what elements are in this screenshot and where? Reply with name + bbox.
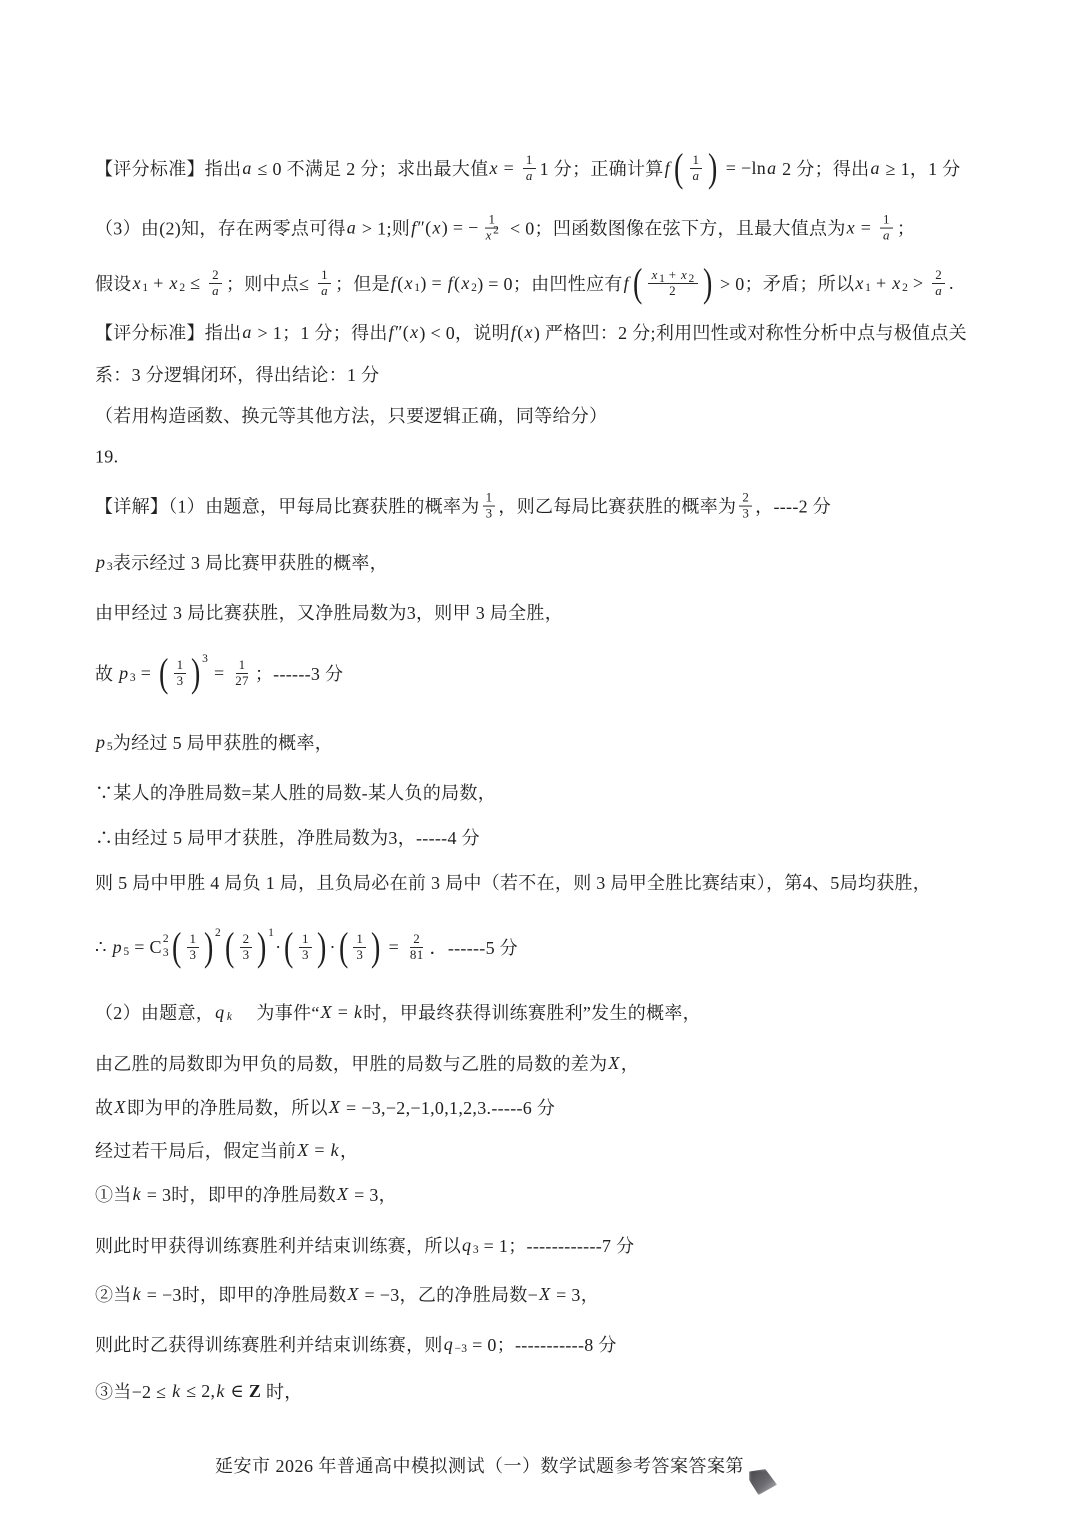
plain-text: 1 bbox=[414, 282, 420, 294]
math-variable: x bbox=[404, 273, 414, 293]
plain-text: （若用构造函数、换元等其他方法，只要逻辑正确，同等给分） bbox=[95, 402, 607, 428]
plain-text: · bbox=[329, 937, 335, 958]
script-base: q bbox=[214, 1002, 225, 1023]
plain-text: 【评分标准】指出 bbox=[95, 319, 241, 345]
plain-text: ) 严格凹：2 分;利用凹性或对称性分析中点与极值点关 bbox=[534, 319, 967, 345]
paren-content: 23 bbox=[237, 932, 256, 963]
fraction-denominator: a bbox=[931, 284, 946, 299]
fraction-denominator: 3 bbox=[483, 507, 496, 522]
plain-text: 27 bbox=[235, 674, 249, 689]
fraction-denominator: a bbox=[522, 169, 537, 184]
plain-text: 3 bbox=[473, 1244, 479, 1256]
plain-text: ②当 bbox=[95, 1281, 132, 1307]
subscript: 2 bbox=[689, 273, 695, 286]
script-base: x bbox=[404, 273, 414, 294]
fraction-denominator: 3 bbox=[187, 948, 200, 963]
plain-text: = bbox=[209, 663, 229, 684]
math-variable: a bbox=[525, 169, 534, 184]
plain-text: 1 bbox=[268, 927, 274, 939]
math-variable: X bbox=[113, 1097, 126, 1118]
subscript: 1 bbox=[865, 282, 871, 294]
math-variable: x bbox=[846, 218, 856, 239]
math-fraction: 1a bbox=[522, 153, 537, 184]
math-variable: x bbox=[854, 273, 864, 293]
right-paren: ) bbox=[257, 930, 267, 964]
plain-text: 2 bbox=[935, 268, 942, 283]
math-variable: f bbox=[447, 273, 454, 294]
math-variable: q bbox=[461, 1235, 472, 1255]
plain-text: 为事件“ bbox=[233, 999, 319, 1025]
fraction-numerator: 1 bbox=[483, 491, 496, 507]
plain-text: 由乙胜的局数即为甲负的局数，甲胜的局数与乙胜的局数的差为 bbox=[95, 1050, 607, 1076]
text-line-3: 假设x1 + x2 ≤ 2a；则中点≤ 1a；但是f(x1) = f(x2) =… bbox=[95, 266, 954, 300]
plain-text: = −3，乙的净胜局数− bbox=[360, 1281, 538, 1307]
script-base: q bbox=[443, 1334, 454, 1355]
math-variable: a bbox=[241, 322, 252, 343]
math-scripted: q3 bbox=[461, 1235, 479, 1256]
text-line-15: 则 5 局中甲胜 4 局负 1 局，且负局必在前 3 局中（若不在，则 3 局甲… bbox=[95, 869, 931, 895]
plain-text: ≤ 2, bbox=[181, 1381, 215, 1402]
math-variable: a bbox=[882, 229, 891, 244]
plain-text: > 1;则 bbox=[357, 215, 410, 241]
text-line-6: （若用构造函数、换元等其他方法，只要逻辑正确，同等给分） bbox=[95, 402, 607, 428]
plain-text: 3 bbox=[163, 947, 169, 959]
math-fraction: 1x2 bbox=[482, 213, 503, 244]
math-variable: a bbox=[869, 158, 880, 179]
plain-text: 为经过 5 局甲获胜的概率， bbox=[113, 729, 333, 755]
right-paren: ) bbox=[703, 266, 713, 300]
plain-text: 2 bbox=[689, 273, 695, 285]
text-line-1: 【评分标准】指出a ≤ 0 不满足 2 分；求出最大值x = 1a1 分；正确计… bbox=[95, 151, 961, 185]
math-variable: k bbox=[353, 1002, 363, 1023]
plain-text: 1 bbox=[865, 282, 871, 294]
paren-content: 13 bbox=[296, 932, 315, 963]
fraction-denominator: a bbox=[879, 229, 894, 244]
script-base: x bbox=[891, 273, 901, 294]
superscript: 2 bbox=[493, 224, 499, 237]
plain-text: ；------3 分 bbox=[255, 660, 343, 686]
text-line-9: p3表示经过 3 局比赛甲获胜的概率， bbox=[95, 549, 388, 575]
plain-text: + bbox=[665, 268, 680, 283]
math-variable: a bbox=[692, 169, 701, 184]
plain-text: 1 bbox=[693, 153, 700, 168]
math-paren-group: (13) bbox=[282, 930, 328, 964]
plain-text: 2 bbox=[413, 932, 420, 947]
plain-text: > 1；1 分；得出 bbox=[253, 319, 388, 345]
math-fraction: 127 bbox=[232, 658, 252, 689]
fraction-numerator: 2 bbox=[209, 268, 222, 284]
math-variable: x bbox=[409, 322, 419, 343]
math-variable: f bbox=[623, 273, 630, 294]
plain-text: 则此时乙获得训练赛胜利并结束训练赛，则 bbox=[95, 1331, 443, 1357]
left-paren: ( bbox=[225, 930, 235, 964]
script-base: p bbox=[95, 732, 106, 753]
plain-text: 表示经过 3 局比赛甲获胜的概率， bbox=[113, 549, 388, 575]
bold-symbol: Z bbox=[249, 1381, 261, 1402]
subscript: 2 bbox=[471, 282, 477, 294]
right-paren: ) bbox=[371, 930, 381, 964]
left-paren: ( bbox=[339, 930, 349, 964]
fraction-denominator: a bbox=[689, 169, 704, 184]
math-scripted: x1 bbox=[404, 273, 421, 294]
fraction-numerator: 1 bbox=[318, 268, 331, 284]
fraction-numerator: 1 bbox=[523, 153, 536, 169]
subscript: 5 bbox=[107, 741, 113, 753]
paren-content: 13 bbox=[184, 932, 203, 963]
plain-text: 1 bbox=[177, 658, 184, 673]
plain-text: ； bbox=[897, 215, 915, 241]
plain-text: ①当 bbox=[95, 1181, 132, 1207]
plain-text: 3 bbox=[243, 948, 250, 963]
math-variable: q bbox=[443, 1334, 454, 1354]
fraction-numerator: 1 bbox=[187, 932, 200, 948]
plain-text: 假设 bbox=[95, 270, 132, 296]
plain-text: ， bbox=[340, 1137, 358, 1163]
script-base: q bbox=[461, 1235, 472, 1256]
paren-content: 1a bbox=[686, 153, 707, 184]
plain-text: 【评分标准】指出 bbox=[95, 155, 241, 181]
plain-text: 1 bbox=[142, 282, 148, 294]
subscript: 3 bbox=[163, 947, 169, 961]
script-base: x bbox=[460, 273, 470, 294]
page-footer: 延安市 2026 年普通高中模拟测试（一）数学试题参考答案答案第 bbox=[215, 1452, 744, 1478]
fraction-denominator: 2 bbox=[666, 284, 679, 299]
subscript: 3 bbox=[130, 672, 136, 684]
math-fraction: 13 bbox=[299, 932, 312, 963]
plain-text: > 0；矛盾；所以 bbox=[715, 270, 854, 296]
math-variable: x bbox=[489, 158, 499, 179]
plain-text: −3 bbox=[455, 1343, 468, 1355]
fraction-denominator: 27 bbox=[232, 674, 252, 689]
plain-text: ″( bbox=[395, 322, 409, 343]
subscript: −3 bbox=[455, 1343, 468, 1355]
math-variable: x bbox=[169, 273, 179, 293]
plain-text: ，则乙每局比赛获胜的概率为 bbox=[498, 493, 736, 519]
plain-text: 2 bbox=[669, 284, 676, 299]
plain-text: ≥ 1，1 分 bbox=[881, 155, 961, 181]
math-variable: x bbox=[485, 228, 493, 243]
plain-text: 2 bbox=[902, 282, 908, 294]
plain-text: 经过若干局后，假定当前 bbox=[95, 1137, 296, 1163]
text-line-21: ①当k = 3时，即甲的净胜局数X = 3， bbox=[95, 1181, 397, 1207]
math-variable: x bbox=[524, 322, 534, 343]
paren-content: 13 bbox=[171, 658, 190, 689]
subscript: 1 bbox=[659, 273, 665, 286]
plain-text: ③当−2 ≤ bbox=[95, 1378, 171, 1404]
math-variable: a bbox=[211, 284, 220, 299]
math-scripted: p3 bbox=[95, 552, 113, 573]
math-variable: k bbox=[132, 1284, 142, 1305]
script-base: x bbox=[854, 273, 864, 294]
plain-text: 5 bbox=[123, 946, 129, 958]
math-paren-group: (x1 + x22) bbox=[631, 266, 714, 300]
fraction-denominator: 81 bbox=[407, 948, 427, 963]
fraction-numerator: 1 bbox=[174, 658, 187, 674]
math-variable: X bbox=[538, 1284, 551, 1305]
plain-text: = 0；-----------8 分 bbox=[467, 1331, 616, 1357]
plain-text: = bbox=[136, 663, 156, 684]
plain-text: 时， bbox=[261, 1378, 302, 1404]
plain-text: ≤ 0 不满足 2 分；求出最大值 bbox=[253, 155, 489, 181]
plain-text: 1 bbox=[883, 213, 890, 228]
math-paren-group: (13) bbox=[337, 930, 383, 964]
math-scripted: qk bbox=[214, 1002, 233, 1023]
math-variable: a bbox=[934, 284, 943, 299]
plain-text: = bbox=[856, 218, 876, 239]
fraction-denominator: a bbox=[317, 284, 332, 299]
subscript: 3 bbox=[107, 561, 113, 573]
math-scripted: C23 bbox=[150, 933, 169, 961]
plain-text: 由甲经过 3 局比赛获胜，又净胜局数为3，则甲 3 局全胜， bbox=[95, 599, 563, 625]
text-line-11: 故 p3 = (13)3 = 127；------3 分 bbox=[95, 656, 343, 690]
plain-text: 1 分；正确计算 bbox=[540, 155, 664, 181]
math-fraction: 281 bbox=[407, 932, 427, 963]
script-base: p bbox=[112, 937, 123, 958]
plain-text: = −3时，即甲的净胜局数 bbox=[142, 1281, 347, 1307]
math-paren-group: (1a) bbox=[672, 151, 720, 185]
fraction-denominator: 3 bbox=[174, 674, 187, 689]
plain-text: 2 bbox=[471, 282, 477, 294]
plain-text: ) = bbox=[420, 273, 446, 294]
plain-text: 2 bbox=[243, 932, 250, 947]
plain-text: . bbox=[949, 273, 954, 294]
math-scripted: q−3 bbox=[443, 1334, 468, 1355]
plain-text: = 3时，即甲的净胜局数 bbox=[142, 1181, 336, 1207]
plain-text: ， bbox=[621, 1050, 639, 1076]
script-base: x bbox=[485, 229, 493, 244]
fraction-numerator: 1 bbox=[690, 153, 703, 169]
fraction-numerator: 2 bbox=[932, 268, 945, 284]
script-base: x bbox=[169, 273, 179, 294]
fraction-denominator: 3 bbox=[353, 948, 366, 963]
text-line-13: ∵某人的净胜局数=某人胜的局数-某人负的局数， bbox=[95, 779, 496, 805]
plain-text: + bbox=[871, 273, 891, 294]
plain-text: 3 bbox=[486, 507, 493, 522]
plain-text: 1 bbox=[526, 153, 533, 168]
plain-text: 3 bbox=[302, 948, 309, 963]
plain-text: ；则中点≤ bbox=[226, 270, 314, 296]
subscript: 3 bbox=[473, 1244, 479, 1256]
plain-text: = bbox=[310, 1140, 330, 1161]
math-variable: f bbox=[390, 273, 397, 294]
math-variable: x bbox=[132, 273, 142, 293]
superscript: 2 bbox=[163, 933, 169, 947]
plain-text: ) < 0，说明 bbox=[419, 319, 510, 345]
plain-text: = 1；------------7 分 bbox=[479, 1232, 635, 1258]
fraction-denominator: x2 bbox=[482, 229, 503, 244]
plain-text: ；但是 bbox=[335, 270, 390, 296]
plain-text: 3 bbox=[742, 507, 749, 522]
math-variable: q bbox=[214, 1002, 225, 1022]
math-variable: X bbox=[346, 1284, 359, 1305]
math-fraction: 2a bbox=[208, 268, 223, 299]
plain-text: = 3， bbox=[551, 1281, 599, 1307]
script-base: x bbox=[132, 273, 142, 294]
math-fraction: 13 bbox=[187, 932, 200, 963]
text-line-20: 经过若干局后，假定当前X = k， bbox=[95, 1137, 358, 1163]
subscript: k bbox=[226, 1011, 233, 1023]
math-variable: a bbox=[346, 218, 357, 239]
math-variable: x bbox=[431, 218, 441, 239]
script-base: x bbox=[651, 268, 659, 283]
fraction-numerator: 1 bbox=[236, 658, 249, 674]
math-scripted: p5 bbox=[112, 937, 130, 958]
plain-text: 3 bbox=[356, 948, 363, 963]
fraction-numerator: x1 + x2 bbox=[648, 268, 698, 284]
plain-text: · bbox=[275, 937, 281, 958]
plain-text: 1 bbox=[190, 932, 197, 947]
math-paren-group: (13)3 bbox=[157, 656, 208, 690]
plain-text: = bbox=[129, 937, 149, 958]
plain-text: 3 bbox=[202, 653, 208, 665]
page-corner-smudge bbox=[749, 1469, 777, 1495]
plain-text: 1 bbox=[239, 658, 246, 673]
plain-text: （2）由题意， bbox=[95, 999, 214, 1025]
plain-text: ∴ bbox=[95, 937, 112, 958]
math-variable: X bbox=[328, 1097, 341, 1118]
text-line-16: ∴ p5 = C23(13)2(23)1·(13)·(13) = 281．---… bbox=[95, 930, 518, 964]
text-line-8: 【详解】（1）由题意，甲每局比赛获胜的概率为13，则乙每局比赛获胜的概率为23，… bbox=[95, 491, 831, 522]
text-line-18: 由乙胜的局数即为甲负的局数，甲胜的局数与乙胜的局数的差为X， bbox=[95, 1050, 639, 1076]
plain-text: 2 bbox=[179, 282, 185, 294]
text-line-17: （2）由题意，qk 为事件“X = k时，甲最终获得训练赛胜利”发生的概率， bbox=[95, 999, 701, 1025]
math-variable: k bbox=[171, 1381, 181, 1402]
plain-text: 则 5 局中甲胜 4 局负 1 局，且负局必在前 3 局中（若不在，则 3 局甲… bbox=[95, 869, 931, 895]
plain-text: = bbox=[333, 1002, 353, 1023]
math-variable: X bbox=[320, 1002, 333, 1023]
plain-text: = bbox=[499, 158, 519, 179]
plain-text: 2 bbox=[212, 268, 219, 283]
left-paren: ( bbox=[172, 930, 182, 964]
text-line-7: 19. bbox=[95, 447, 118, 468]
left-paren: ( bbox=[284, 930, 294, 964]
text-line-22: 则此时甲获得训练赛胜利并结束训练赛，所以q3 = 1；------------7… bbox=[95, 1232, 634, 1258]
left-paren: ( bbox=[674, 151, 684, 185]
script-base: p bbox=[95, 552, 106, 573]
math-variable: k bbox=[330, 1140, 340, 1161]
plain-text: 3 bbox=[190, 948, 197, 963]
plain-text: 1 bbox=[486, 491, 493, 506]
math-scripted: p3 bbox=[118, 663, 136, 684]
fraction-numerator: 1 bbox=[353, 932, 366, 948]
math-scripted: x1 bbox=[854, 273, 871, 294]
math-fraction: 13 bbox=[483, 491, 496, 522]
subscript: 1 bbox=[414, 282, 420, 294]
math-scripted: x1 bbox=[651, 268, 666, 283]
math-variable: f bbox=[510, 322, 517, 343]
math-variable: X bbox=[607, 1053, 620, 1074]
plain-text: > bbox=[908, 273, 928, 294]
fraction-numerator: 1 bbox=[880, 213, 893, 229]
text-line-23: ②当k = −3时，即甲的净胜局数X = −3，乙的净胜局数−X = 3， bbox=[95, 1281, 599, 1307]
plain-text: 故 bbox=[95, 1094, 113, 1120]
fraction-denominator: 3 bbox=[299, 948, 312, 963]
math-variable: p bbox=[118, 663, 129, 683]
plain-text: 则此时甲获得训练赛胜利并结束训练赛，所以 bbox=[95, 1232, 461, 1258]
subscript: 2 bbox=[902, 282, 908, 294]
plain-text: ．------5 分 bbox=[430, 934, 518, 960]
fraction-denominator: 3 bbox=[739, 507, 752, 522]
text-line-4: 【评分标准】指出a > 1；1 分；得出f″(x) < 0，说明f(x) 严格凹… bbox=[95, 319, 967, 345]
math-paren-group: (23)1 bbox=[223, 930, 274, 964]
math-fraction: x1 + x22 bbox=[648, 268, 698, 299]
plain-text: 2 bbox=[742, 491, 749, 506]
fraction-numerator: 2 bbox=[410, 932, 423, 948]
text-line-24: 则此时乙获得训练赛胜利并结束训练赛，则q−3 = 0；-----------8 … bbox=[95, 1331, 617, 1357]
plain-text: ∴由经过 5 局甲才获胜，净胜局数为3，-----4 分 bbox=[95, 824, 480, 850]
math-variable: f bbox=[388, 322, 395, 343]
text-line-12: p5为经过 5 局甲获胜的概率， bbox=[95, 729, 333, 755]
math-fraction: 2a bbox=[931, 268, 946, 299]
plain-text: ∵某人的净胜局数=某人胜的局数-某人负的局数， bbox=[95, 779, 496, 805]
text-line-19: 故X即为甲的净胜局数，所以X = −3,−2,−1,0,1,2,3.-----6… bbox=[95, 1094, 555, 1120]
plain-text: 1 bbox=[659, 273, 665, 285]
right-paren: ) bbox=[317, 930, 327, 964]
math-fraction: 13 bbox=[174, 658, 187, 689]
math-variable: a bbox=[766, 158, 777, 179]
math-fraction: 1a bbox=[317, 268, 332, 299]
math-variable: k bbox=[226, 1011, 233, 1023]
plain-text: 2 bbox=[493, 224, 499, 236]
math-fraction: 13 bbox=[353, 932, 366, 963]
math-variable: x bbox=[651, 267, 659, 282]
plain-text: 即为甲的净胜局数，所以 bbox=[127, 1094, 328, 1120]
fraction-numerator: 1 bbox=[299, 932, 312, 948]
math-exponent: 1 bbox=[268, 927, 274, 939]
plain-text: + bbox=[148, 273, 168, 294]
right-paren: ) bbox=[708, 151, 718, 185]
math-scripted: x2 bbox=[891, 273, 908, 294]
math-paren-group: (13)2 bbox=[170, 930, 221, 964]
math-scripted: x1 bbox=[132, 273, 149, 294]
plain-text: = −3,−2,−1,0,1,2,3.-----6 分 bbox=[341, 1094, 555, 1120]
left-paren: ( bbox=[633, 266, 643, 300]
plain-text: 19. bbox=[95, 447, 118, 468]
plain-text: ) = 0；由凹性应有 bbox=[477, 270, 622, 296]
plain-text: = −ln bbox=[721, 158, 766, 179]
math-variable: k bbox=[132, 1184, 142, 1205]
math-fraction: 23 bbox=[739, 491, 752, 522]
plain-text: C bbox=[150, 937, 162, 957]
fraction-numerator: 2 bbox=[240, 932, 253, 948]
math-variable: a bbox=[241, 158, 252, 179]
math-variable: p bbox=[112, 937, 123, 957]
math-scripted: x2 bbox=[485, 229, 500, 244]
plain-text: 1 bbox=[356, 932, 363, 947]
math-exponent: 2 bbox=[215, 927, 221, 939]
math-fraction: 23 bbox=[240, 932, 253, 963]
text-line-2: （3）由(2)知，存在两零点可得a > 1;则f″(x) = −1x2 < 0；… bbox=[95, 213, 915, 244]
math-variable: x bbox=[460, 273, 470, 293]
math-variable: x bbox=[891, 273, 901, 293]
plain-text: （3）由(2)知，存在两零点可得 bbox=[95, 215, 346, 241]
text-line-25: ③当−2 ≤ k ≤ 2,k ∈ Z 时， bbox=[95, 1378, 303, 1404]
fraction-denominator: a bbox=[208, 284, 223, 299]
subscript: 1 bbox=[142, 282, 148, 294]
subscript: 5 bbox=[123, 946, 129, 958]
plain-text: 【详解】（1）由题意，甲每局比赛获胜的概率为 bbox=[95, 493, 480, 519]
plain-text: 1 bbox=[302, 932, 309, 947]
math-exponent: 3 bbox=[202, 653, 208, 665]
math-scripted: x2 bbox=[680, 268, 695, 283]
math-scripted: x2 bbox=[169, 273, 186, 294]
plain-text: 时，甲最终获得训练赛胜利”发生的概率， bbox=[363, 999, 701, 1025]
super-sub-stack: 23 bbox=[163, 933, 169, 961]
plain-text: ″( bbox=[417, 218, 431, 239]
plain-text: 3 bbox=[177, 674, 184, 689]
plain-text: 系：3 分逻辑闭环，得出结论：1 分 bbox=[95, 361, 379, 387]
plain-text: 81 bbox=[410, 948, 424, 963]
